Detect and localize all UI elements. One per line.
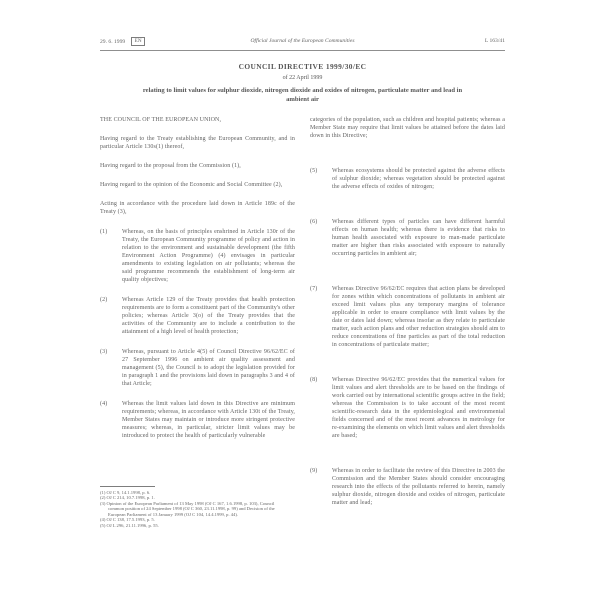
right-column: categories of the population, such as ch…	[310, 116, 505, 507]
document-page: 29. 6. 1999 EN Official Journal of the E…	[0, 0, 600, 600]
header-rule	[100, 50, 505, 51]
recital-3-text: Whereas, pursuant to Article 4(5) of Cou…	[122, 348, 295, 388]
preamble-opinion: Having regard to the opinion of the Econ…	[100, 181, 295, 189]
recital-1-number: (1)	[100, 228, 122, 284]
running-header: 29. 6. 1999 EN Official Journal of the E…	[100, 37, 505, 49]
left-column: THE COUNCIL OF THE EUROPEAN UNION, Havin…	[100, 116, 295, 507]
recital-4-text: Whereas the limit values laid down in th…	[122, 400, 295, 440]
preamble-treaty: Having regard to the Treaty establishing…	[100, 135, 295, 151]
recital-5-number: (5)	[310, 167, 332, 191]
recital-4-number: (4)	[100, 400, 122, 440]
recital-9-number: (9)	[310, 467, 332, 507]
recital-7-number: (7)	[310, 285, 332, 349]
recital-7-text: Whereas Directive 96/62/EC requires that…	[332, 285, 505, 349]
recital-6: (6) Whereas different types of particles…	[310, 218, 505, 258]
footnote-3: (3) Opinion of the European Parliament o…	[100, 501, 290, 518]
preamble-procedure: Acting in accordance with the procedure …	[100, 200, 295, 216]
recital-4-continuation: categories of the population, such as ch…	[310, 116, 505, 140]
recital-8-text: Whereas Directive 96/62/EC provides that…	[332, 376, 505, 440]
title-block: COUNCIL DIRECTIVE 1999/30/EC of 22 April…	[100, 62, 505, 104]
page-reference: L 163/41	[485, 37, 505, 45]
recital-6-text: Whereas different types of particles can…	[332, 218, 505, 258]
recital-9-text: Whereas in order to facilitate the revie…	[332, 467, 505, 507]
recital-5-text: Whereas ecosystems should be protected a…	[332, 167, 505, 191]
footnote-separator-rule	[100, 486, 155, 487]
footnote-block: (1) OJ C 9, 14.1.1998, p. 6. (2) OJ C 21…	[100, 486, 290, 528]
body-columns: THE COUNCIL OF THE EUROPEAN UNION, Havin…	[100, 116, 505, 507]
recital-7: (7) Whereas Directive 96/62/EC requires …	[310, 285, 505, 349]
document-date-line: of 22 April 1999	[100, 74, 505, 82]
recital-3-number: (3)	[100, 348, 122, 388]
recital-1: (1) Whereas, on the basis of principles …	[100, 228, 295, 284]
document-subject: relating to limit values for sulphur dio…	[138, 86, 468, 104]
journal-title: Official Journal of the European Communi…	[100, 37, 505, 45]
recital-6-number: (6)	[310, 218, 332, 258]
recital-2-text: Whereas Article 129 of the Treaty provid…	[122, 296, 295, 336]
recital-4: (4) Whereas the limit values laid down i…	[100, 400, 295, 440]
recital-1-text: Whereas, on the basis of principles ensh…	[122, 228, 295, 284]
recital-3: (3) Whereas, pursuant to Article 4(5) of…	[100, 348, 295, 388]
recital-8-number: (8)	[310, 376, 332, 440]
recital-5: (5) Whereas ecosystems should be protect…	[310, 167, 505, 191]
preamble-proposal: Having regard to the proposal from the C…	[100, 162, 295, 170]
recital-2-number: (2)	[100, 296, 122, 336]
recital-9: (9) Whereas in order to facilitate the r…	[310, 467, 505, 507]
preamble-enacting-body: THE COUNCIL OF THE EUROPEAN UNION,	[100, 116, 295, 124]
document-title: COUNCIL DIRECTIVE 1999/30/EC	[100, 62, 505, 71]
recital-8: (8) Whereas Directive 96/62/EC provides …	[310, 376, 505, 440]
footnote-5: (5) OJ L 296, 21.11.1996, p. 55.	[100, 523, 290, 529]
recital-2: (2) Whereas Article 129 of the Treaty pr…	[100, 296, 295, 336]
